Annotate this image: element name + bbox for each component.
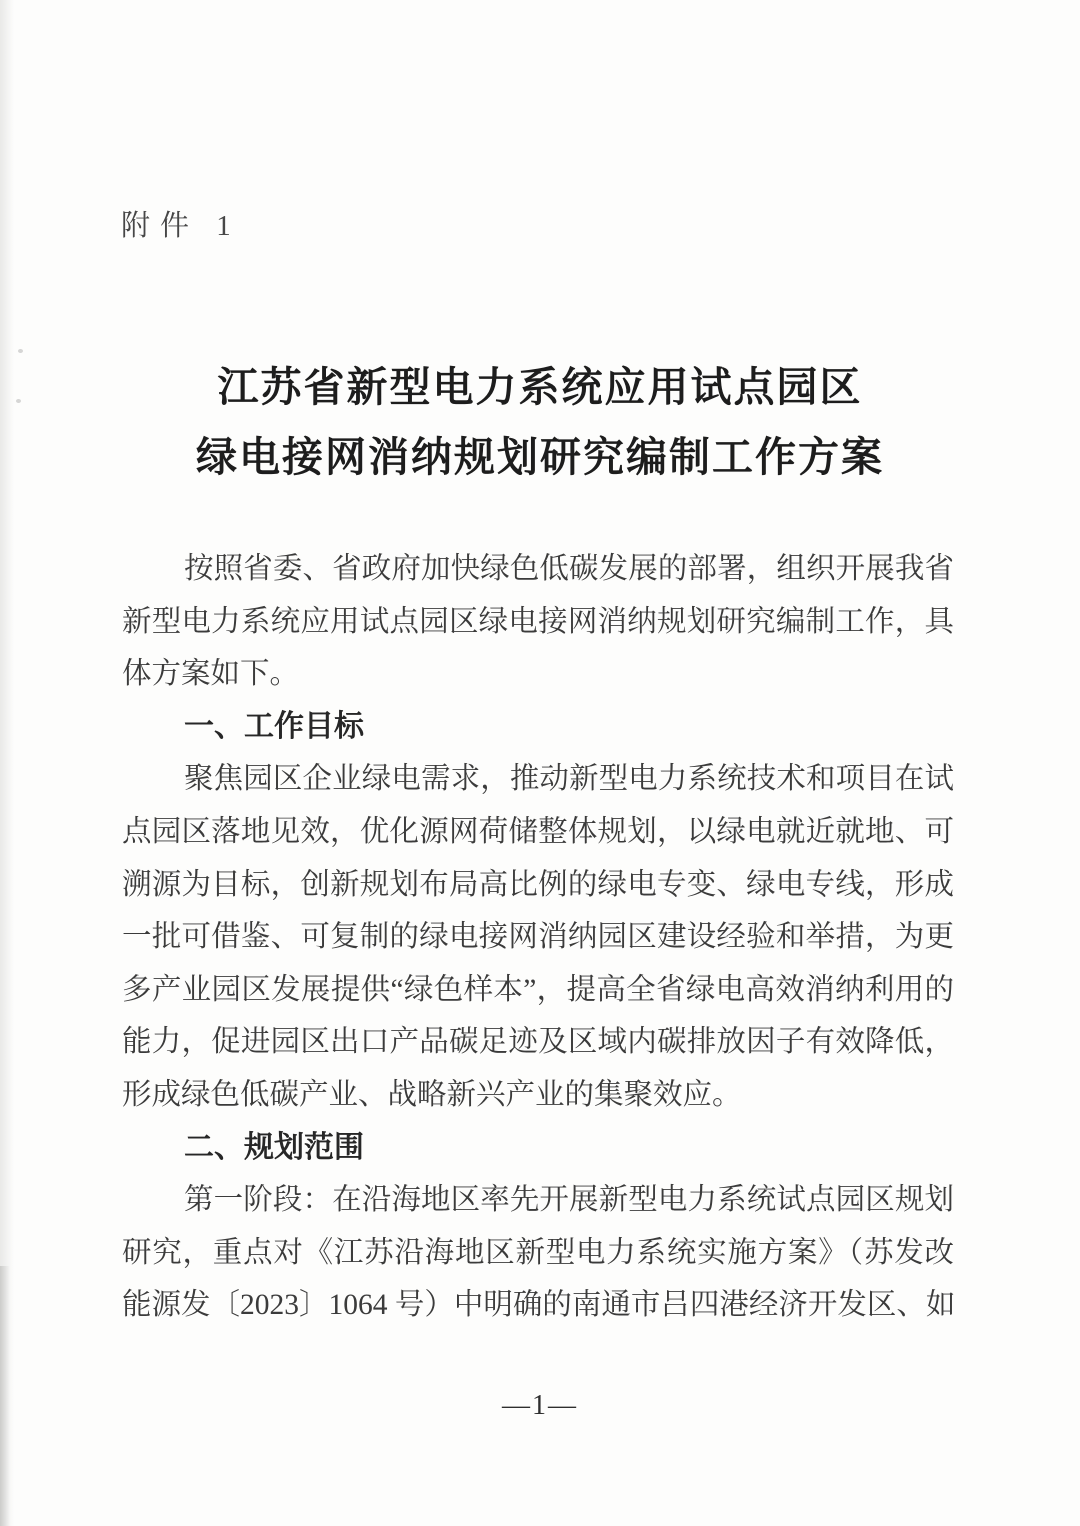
paragraph-1-line: 新型电力系统应用试点园区绿电接网消纳规划研究编制工作，具 xyxy=(122,596,954,649)
paragraph-1-line: 按照省委、省政府加快绿色低碳发展的部署，组织开展我省 xyxy=(122,543,954,596)
section-heading-1: 一、工作目标 xyxy=(122,701,954,754)
paragraph-2-line: 形成绿色低碳产业、战略新兴产业的集聚效应。 xyxy=(122,1069,954,1122)
paragraph-3-line: 能源发〔2023〕1064 号）中明确的南通市吕四港经济开发区、如 xyxy=(122,1279,954,1332)
document-title-line1: 江苏省新型电力系统应用试点园区 xyxy=(0,352,1080,422)
paragraph-2-line: 多产业园区发展提供“绿色样本”，提高全省绿电高效消纳利用的 xyxy=(122,964,954,1017)
paragraph-2-line: 点园区落地见效，优化源网荷储整体规划，以绿电就近就地、可 xyxy=(122,806,954,859)
paragraph-2-line: 聚焦园区企业绿电需求，推动新型电力系统技术和项目在试 xyxy=(122,753,954,806)
document-title: 江苏省新型电力系统应用试点园区 绿电接网消纳规划研究编制工作方案 xyxy=(0,352,1080,492)
section-heading-2: 二、规划范围 xyxy=(122,1122,954,1175)
paragraph-3-line: 研究，重点对《江苏沿海地区新型电力系统实施方案》（苏发改 xyxy=(122,1227,954,1280)
paragraph-2-line: 一批可借鉴、可复制的绿电接网消纳园区建设经验和举措，为更 xyxy=(122,911,954,964)
document-body: 按照省委、省政府加快绿色低碳发展的部署，组织开展我省 新型电力系统应用试点园区绿… xyxy=(122,543,954,1332)
attachment-label: 附件 1 xyxy=(121,203,241,244)
scan-edge-shadow xyxy=(0,0,14,1526)
page-number: —1— xyxy=(0,1390,1080,1422)
paragraph-1-line: 体方案如下。 xyxy=(122,648,954,701)
paragraph-2-line: 溯源为目标，创新规划布局高比例的绿电专变、绿电专线，形成 xyxy=(122,859,954,912)
scanned-document-page: 附件 1 江苏省新型电力系统应用试点园区 绿电接网消纳规划研究编制工作方案 按照… xyxy=(0,0,1080,1526)
document-title-line2: 绿电接网消纳规划研究编制工作方案 xyxy=(0,422,1080,492)
paragraph-2-line: 能力，促进园区出口产品碳足迹及区域内碳排放因子有效降低， xyxy=(122,1016,954,1069)
paragraph-3-line: 第一阶段：在沿海地区率先开展新型电力系统试点园区规划 xyxy=(122,1174,954,1227)
